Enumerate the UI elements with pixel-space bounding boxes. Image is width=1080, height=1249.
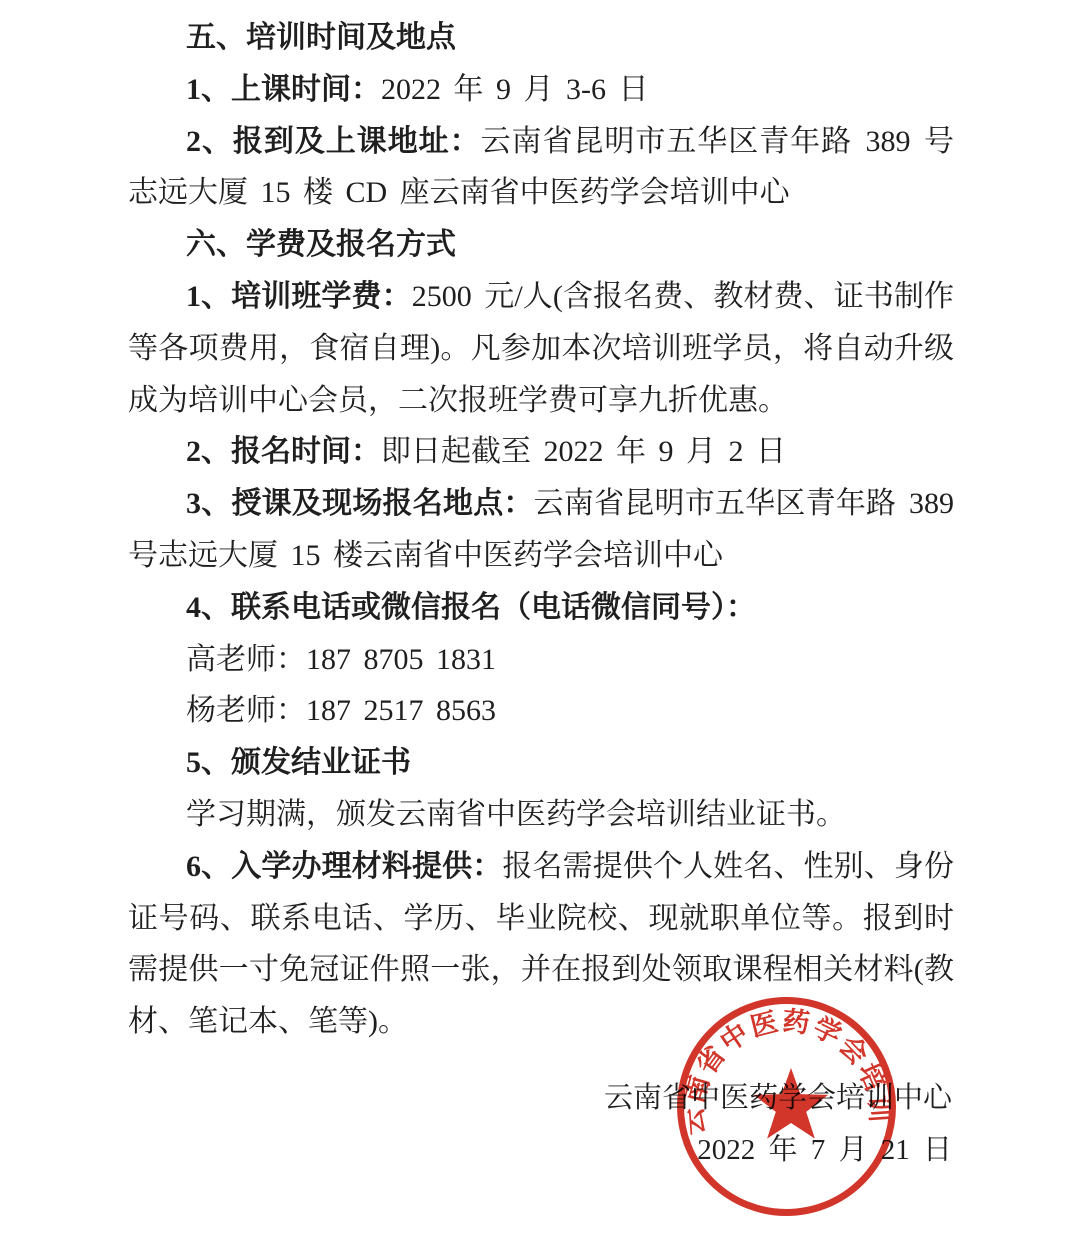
item-value: 2022 年 9 月 3-6 日 [381,73,649,106]
item-label: 5、颁发结业证书 [186,746,411,779]
item-checkin-address: 2、报到及上课地址：云南省昆明市五华区青年路 389 号志远大厦 15 楼 CD… [128,116,954,220]
section-heading-6: 六、学费及报名方式 [128,219,954,271]
contact-phone-gao: 高老师：187 8705 1831 [128,634,954,686]
item-label: 6、入学办理材料提供： [186,850,502,883]
item-label: 4、联系电话或微信报名（电话微信同号）： [186,591,756,624]
heading-text: 五、培训时间及地点 [186,21,456,54]
item-value: 学习期满，颁发云南省中医药学会培训结业证书。 [186,798,846,831]
item-registration-time: 2、报名时间：即日起截至 2022 年 9 月 2 日 [128,426,954,478]
item-label: 1、上课时间： [186,73,381,106]
heading-text: 六、学费及报名方式 [186,228,456,261]
item-label: 1、培训班学费： [186,280,412,313]
item-label: 2、报到及上课地址： [186,125,481,158]
item-enrollment-materials: 6、入学办理材料提供：报名需提供个人姓名、性别、身份证号码、联系电话、学历、毕业… [128,841,954,1048]
section-heading-5: 五、培训时间及地点 [128,12,954,64]
signature-date: 2022 年 7 月 21 日 [604,1124,952,1176]
item-value: 即日起截至 2022 年 9 月 2 日 [381,435,786,468]
signature-org: 云南省中医药学会培训中心 [604,1072,952,1124]
certificate-description: 学习期满，颁发云南省中医药学会培训结业证书。 [128,789,954,841]
signature-block: 云南省中医药学会培训中心 2022 年 7 月 21 日 [604,1072,952,1176]
item-tuition-fee: 1、培训班学费：2500 元/人(含报名费、教材费、证书制作等各项费用，食宿自理… [128,271,954,426]
phone-number: 杨老师：187 2517 8563 [186,694,496,727]
item-certificate-heading: 5、颁发结业证书 [128,737,954,789]
item-class-time: 1、上课时间：2022 年 9 月 3-6 日 [128,64,954,116]
item-label: 3、授课及现场报名地点： [186,487,534,520]
phone-number: 高老师：187 8705 1831 [186,643,496,676]
item-onsite-address: 3、授课及现场报名地点：云南省昆明市五华区青年路 389 号志远大厦 15 楼云… [128,478,954,582]
document-body: 五、培训时间及地点 1、上课时间：2022 年 9 月 3-6 日 2、报到及上… [128,12,954,1048]
contact-phone-yang: 杨老师：187 2517 8563 [128,685,954,737]
page: { "page": { "background": "#ffffff", "te… [0,0,1080,1249]
item-contact-heading: 4、联系电话或微信报名（电话微信同号）： [128,582,954,634]
item-label: 2、报名时间： [186,435,381,468]
